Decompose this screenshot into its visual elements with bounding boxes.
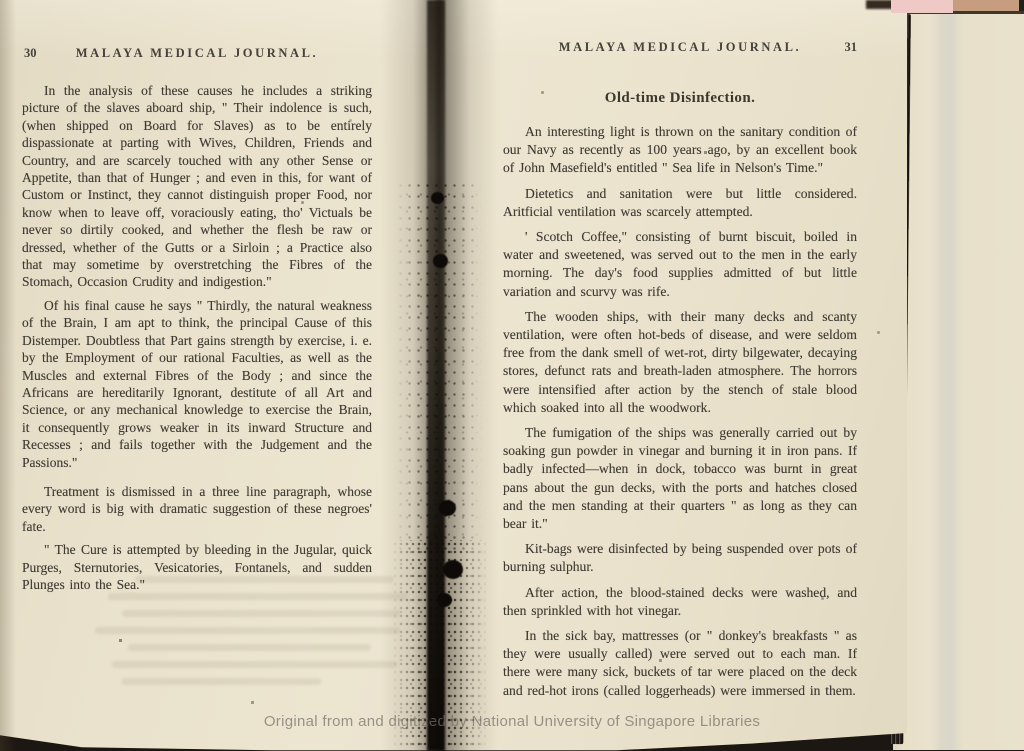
left-page-number: 30: [24, 46, 37, 61]
right-page-number: 31: [845, 40, 858, 55]
section-title: Old-time Disinfection.: [503, 90, 857, 107]
paragraph: An interesting light is thrown on the sa…: [503, 123, 857, 178]
pink-tab: [891, 0, 953, 13]
left-running-header-row: 30 MALAYA MEDICAL JOURNAL.: [22, 46, 372, 62]
right-running-header-row: MALAYA MEDICAL JOURNAL. 31: [503, 40, 857, 56]
library-watermark: Original from and digitized by National …: [0, 713, 1024, 730]
ink-spray: [392, 540, 488, 751]
paragraph: After action, the blood-stained decks we…: [503, 584, 857, 620]
right-running-header: MALAYA MEDICAL JOURNAL.: [503, 40, 857, 55]
background-gap: [866, 0, 894, 9]
book-scan: 30 MALAYA MEDICAL JOURNAL. In the analys…: [0, 0, 1024, 751]
paragraph: The fumigation of the ships was generall…: [503, 424, 857, 533]
paragraph: In the analysis of these causes he inclu…: [22, 82, 372, 291]
left-page-edge-shadow: [0, 0, 16, 751]
paragraph: ' Scotch Coffee," consisting of burnt bi…: [503, 228, 857, 301]
ink-blot: [439, 500, 456, 516]
paragraph: " The Cure is attempted by bleeding in t…: [22, 541, 372, 593]
left-page: 30 MALAYA MEDICAL JOURNAL. In the analys…: [22, 46, 372, 599]
ink-blot: [431, 192, 444, 204]
left-running-header: MALAYA MEDICAL JOURNAL.: [22, 46, 372, 61]
tan-tab: [953, 0, 1019, 11]
ink-spray: [396, 180, 482, 550]
paragraph: Treatment is dismissed in a three line p…: [22, 483, 372, 535]
paragraph: Of his final cause he says " Thirdly, th…: [22, 297, 372, 471]
paper-specks: [0, 0, 1, 1]
fore-edge-pages: [893, 11, 1024, 750]
paragraph: Kit-bags were disinfected by being suspe…: [503, 540, 857, 576]
paragraph: Dietetics and sanitation were but little…: [503, 185, 857, 221]
ink-blot: [437, 593, 452, 607]
ink-blot: [443, 560, 463, 579]
right-page: MALAYA MEDICAL JOURNAL. 31 Old-time Disi…: [503, 40, 857, 707]
paragraph: The wooden ships, with their many decks …: [503, 308, 857, 417]
ink-blot: [433, 254, 448, 268]
paragraph: In the sick bay, mattresses (or " donkey…: [503, 627, 857, 700]
